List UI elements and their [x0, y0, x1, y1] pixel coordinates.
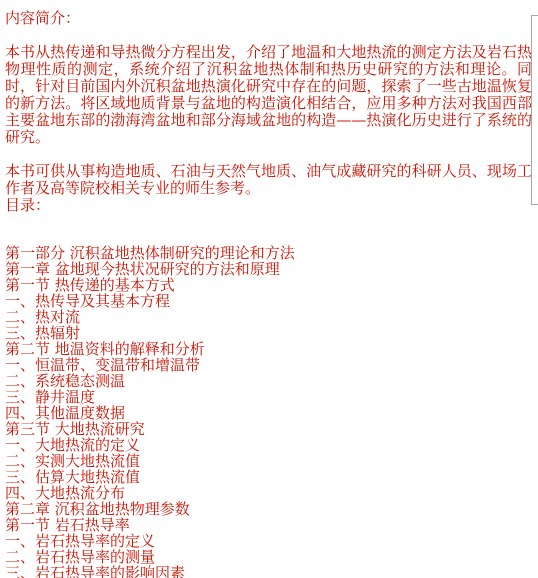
toc-item: 第二节 地温资料的解释和分析: [5, 341, 532, 357]
book-description-page: 内容简介： 本书从热传递和导热微分方程出发，介绍了地温和大地热流的测定方法及岩石…: [0, 0, 538, 578]
toc-item: 第一部分 沉积盆地热体制研究的理论和方法: [5, 245, 532, 261]
toc-item: 一、大地热流的定义: [5, 437, 532, 453]
toc-item: 第三节 大地热流研究: [5, 421, 532, 437]
toc-item: 四、其他温度数据: [5, 405, 532, 421]
toc-item: 第一节 岩石热导率: [5, 517, 532, 533]
toc-item: 第二章 沉积盆地热物理参数: [5, 501, 532, 517]
toc-item: 三、岩石热导率的影响因素: [5, 565, 532, 578]
toc-item: 一、恒温带、变温带和增温带: [5, 357, 532, 373]
toc-item: 四、大地热流分布: [5, 485, 532, 501]
intro-paragraph: 本书从热传递和导热微分方程出发，介绍了地温和大地热流的测定方法及岩石热物理性质的…: [5, 44, 532, 146]
cutoff-frame: [531, 15, 538, 205]
toc-item: 一、岩石热导率的定义: [5, 533, 532, 549]
intro-heading: 内容简介：: [5, 10, 532, 27]
toc-item: 一、热传导及其基本方程: [5, 293, 532, 309]
toc-item: 第一节 热传递的基本方式: [5, 277, 532, 293]
audience-paragraph: 本书可供从事构造地质、石油与天然气地质、油气成藏研究的科研人员、现场工作者及高等…: [5, 163, 532, 197]
toc-item: 二、热对流: [5, 309, 532, 325]
toc-item: 三、热辐射: [5, 325, 532, 341]
toc-item: 二、实测大地热流值: [5, 453, 532, 469]
toc-item: 二、系统稳态测温: [5, 373, 532, 389]
toc-item: 第一章 盆地现今热状况研究的方法和原理: [5, 261, 532, 277]
toc-item: 二、岩石热导率的测量: [5, 549, 532, 565]
toc-heading: 目录：: [5, 197, 532, 214]
toc-item: 三、静井温度: [5, 389, 532, 405]
toc-list: 第一部分 沉积盆地热体制研究的理论和方法第一章 盆地现今热状况研究的方法和原理第…: [5, 245, 532, 578]
toc-item: 三、估算大地热流值: [5, 469, 532, 485]
